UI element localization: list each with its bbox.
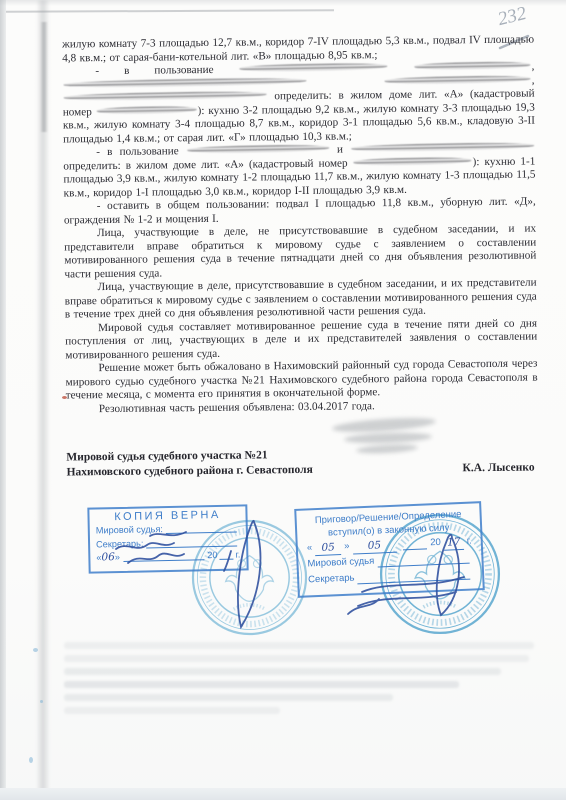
scan-top-edge-artifact (0, 0, 566, 6)
copy-stamp-date-row: « 06 » 20 г. (96, 548, 240, 565)
bleedthrough-line (64, 642, 534, 649)
text-run: и (330, 143, 350, 155)
paragraph: - в пользование и определить: в жилом до… (63, 142, 536, 201)
judge-title-line2: Нахимовского судебного района г. Севасто… (66, 463, 312, 481)
scan-top-line-artifact (6, 9, 334, 12)
redacted-text (97, 105, 197, 114)
scanned-document-page: 232 жилую комнату 7-3 площадью 12,7 кв.м… (0, 0, 566, 800)
handwritten-year: 17 (447, 536, 461, 549)
scan-streak-artifact (40, 22, 48, 132)
text-run: - в пользование (95, 64, 238, 77)
handwritten-day: 06 (101, 551, 115, 565)
redacted-text (351, 142, 534, 152)
ink-speck (40, 700, 43, 703)
text-run: , (531, 61, 534, 73)
handwritten-month: 05 (367, 539, 381, 552)
scan-bottom-edge-artifact (0, 788, 566, 800)
paragraph: Лица, участвующие в деле, не присутствов… (64, 223, 537, 282)
judge-name: К.А. Лысенко (462, 461, 538, 477)
redacted-text (414, 61, 530, 70)
signature-line (166, 532, 237, 534)
bleedthrough-text-artifact (64, 642, 534, 720)
paragraph: Решение может быть обжаловано в Нахимовс… (65, 358, 537, 403)
redacted-text (385, 75, 531, 85)
text-run: - в пользование (96, 145, 186, 158)
bleedthrough-line (64, 694, 393, 701)
year-line (220, 559, 234, 560)
signature-block: Мировой судья судебного участка №21 Нахи… (66, 446, 538, 481)
signature-line (358, 578, 471, 584)
paragraph: Лица, участвующие в деле, присутствовавш… (65, 277, 537, 322)
text-run: - оставить в общем пользовании: подвал I… (64, 196, 536, 226)
text-run: Лица, участвующие в деле, не присутствов… (64, 223, 536, 280)
scan-left-edge-artifact (0, 0, 6, 800)
secretary-signature-stroke (348, 599, 379, 614)
text-run: , (532, 74, 535, 86)
secretary-label: Секретарь (308, 570, 355, 588)
year-suffix: г. (235, 548, 240, 562)
pencil-page-number-text: 232 (496, 3, 529, 31)
redacted-text (239, 63, 387, 73)
bleedthrough-line (64, 655, 529, 662)
text-run: Решение может быть обжаловано в Нахимовс… (66, 358, 538, 402)
judge-label: Мировой судья (307, 554, 374, 573)
text-run (307, 76, 383, 89)
redacted-text (187, 144, 329, 153)
judge-title: Мировой судья судебного участка №21 Нахи… (66, 448, 313, 481)
bleedthrough-line (64, 668, 501, 675)
quote-close: » (344, 539, 350, 555)
quote-open: « (307, 540, 313, 556)
ink-speck (33, 648, 38, 652)
validity-stamp: Приговор/Решение/Определение вступил(о) … (294, 501, 485, 598)
handwritten-month-slot: 05 (352, 539, 397, 555)
paragraph: Мировой судья составляет мотивированное … (65, 317, 537, 362)
year-prefix: 20 (207, 549, 218, 563)
year-prefix: 20 (430, 535, 441, 551)
text-run: жилую комнату 7-3 площадью 12,7 кв.м., к… (62, 34, 534, 64)
bleedthrough-line (64, 707, 280, 714)
text-run: Мировой судья составляет мотивированное … (65, 317, 537, 361)
ink-speck (29, 757, 33, 763)
redacted-text (354, 156, 472, 165)
month-line (123, 559, 204, 562)
handwritten-year-slot: 17 (444, 536, 465, 551)
paragraph: - в пользование , , определить: в жилом … (62, 61, 535, 147)
handwritten-day: 05 (321, 541, 335, 554)
ink-speck (62, 396, 67, 399)
bleedthrough-line (64, 681, 459, 688)
handwritten-day-slot: 05 (315, 541, 342, 556)
judge-label: Мировой судья: (96, 523, 163, 538)
redacted-text (64, 91, 267, 102)
secretary-label: Секретарь: (96, 537, 144, 551)
year-suffix: г. (466, 534, 472, 550)
signature-line (147, 545, 238, 548)
document-content: жилую комнату 7-3 площадью 12,7 кв.м., к… (62, 34, 539, 481)
text-run: Лица, участвующие в деле, присутствовавш… (65, 277, 537, 321)
quote-close: » (115, 551, 120, 565)
date-fill-line (403, 548, 428, 550)
text-run: определить: в жилом доме лит. «А» (кадас… (63, 157, 352, 172)
text-run (388, 62, 413, 74)
text-run: Резолютивная часть решения объявлена: 03… (99, 400, 375, 415)
copy-stamp: КОПИЯ ВЕРНА Мировой судья: Секретарь: « … (87, 504, 248, 573)
document-body: жилую комнату 7-3 площадью 12,7 кв.м., к… (62, 34, 538, 417)
redacted-text (63, 77, 306, 88)
